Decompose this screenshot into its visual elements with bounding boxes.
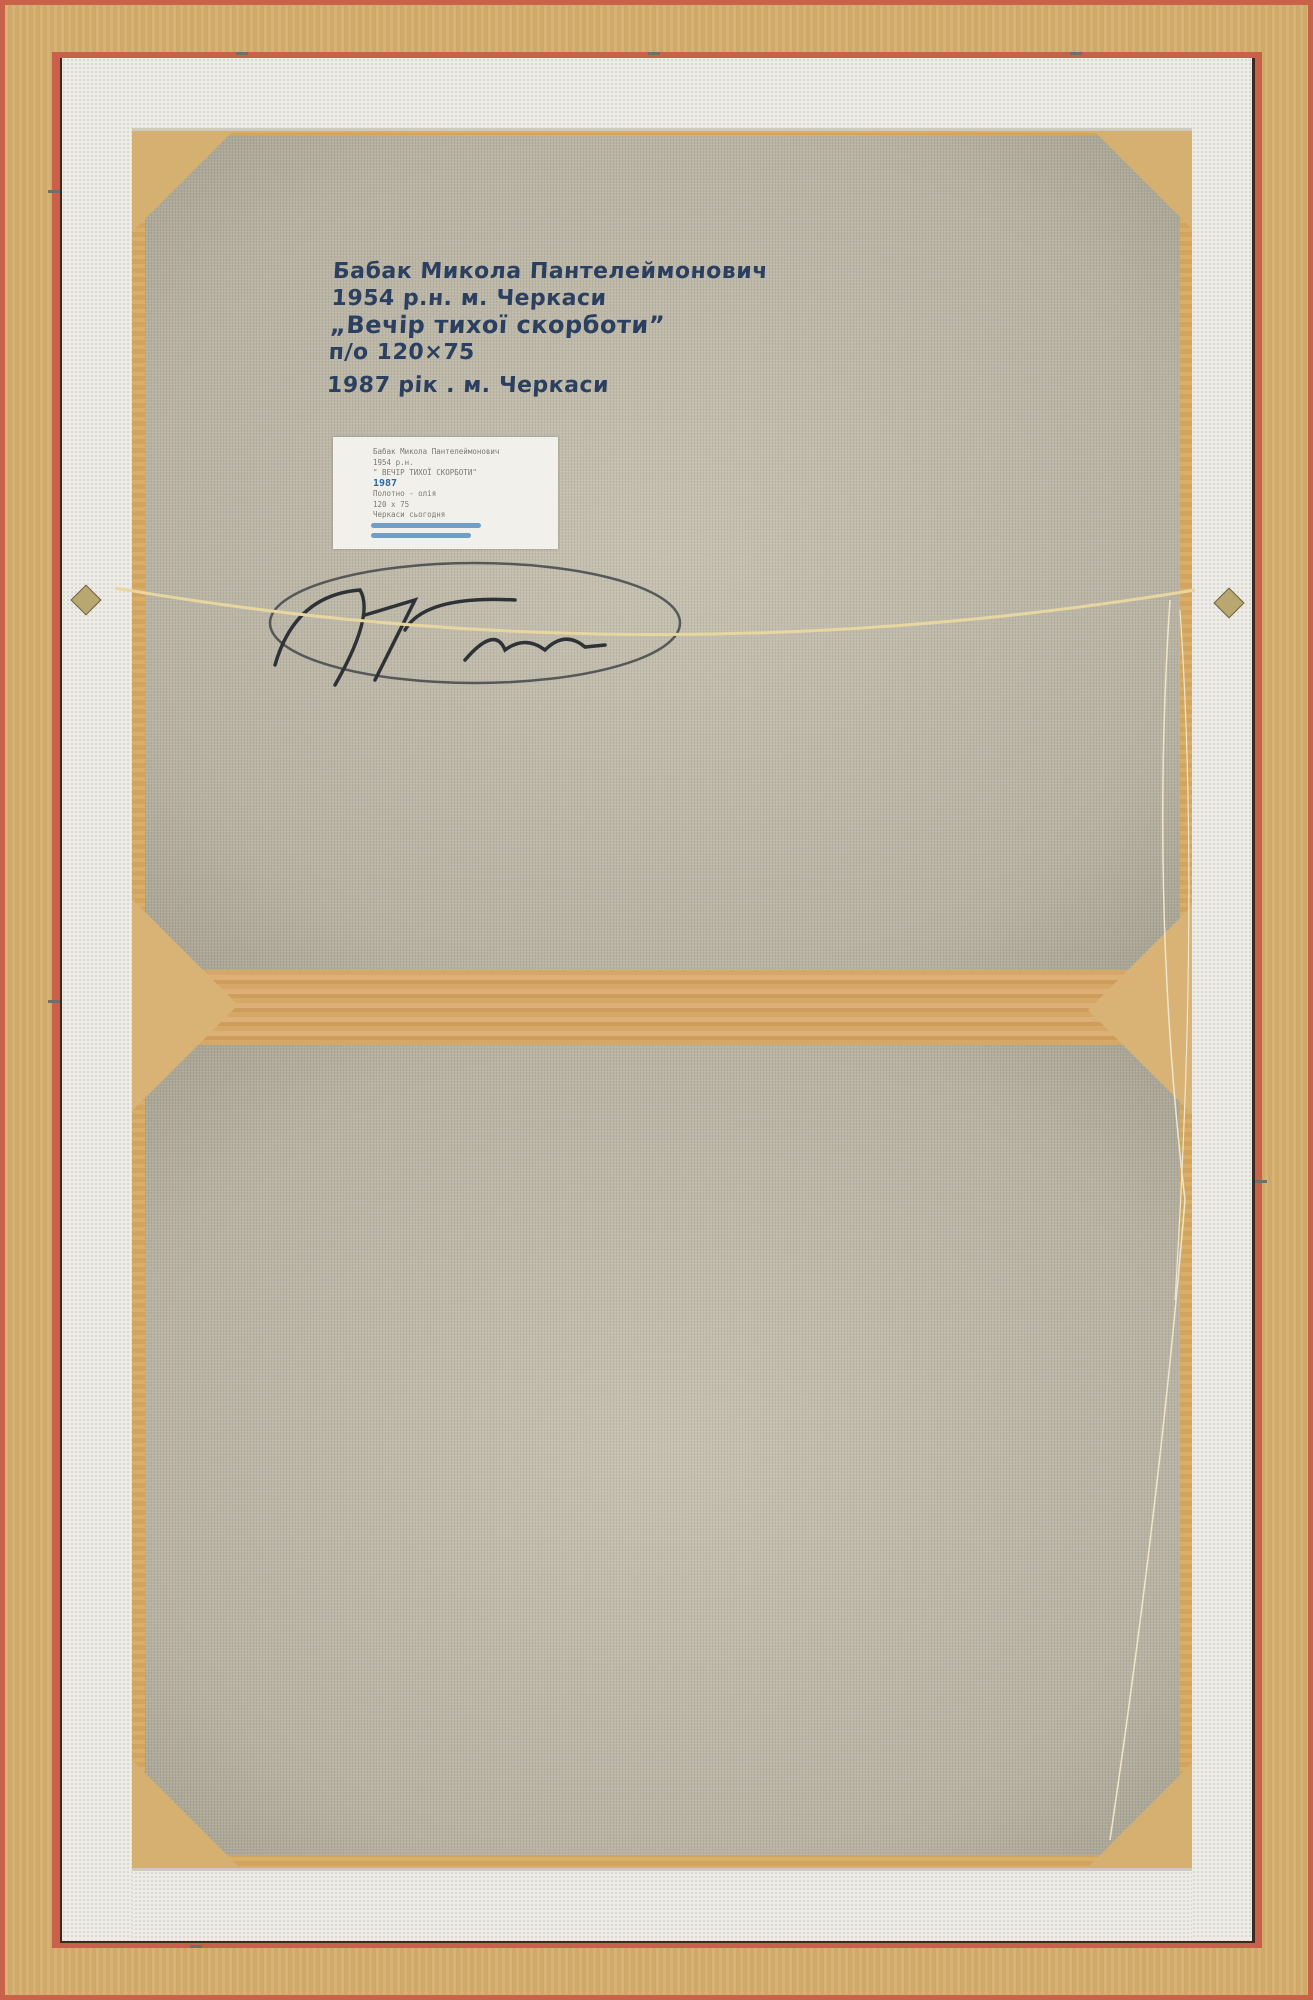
crossbar-brace-left [128, 895, 238, 1115]
staple [648, 52, 660, 55]
label-ink-stroke [371, 533, 471, 538]
linen-panel-lower [145, 1045, 1180, 1855]
corner-key-bottom-right [1085, 1760, 1195, 1870]
label-size: 120 х 75 [373, 500, 558, 511]
label-year-stamp: 1987 [373, 479, 558, 490]
label-birth: 1954 р.н. [373, 458, 558, 469]
inscription-year: 1987 рік . м. Черкаси [326, 372, 762, 399]
canvas-wrap-left [62, 58, 132, 1938]
staple [48, 1000, 60, 1003]
label-city: Черкаси сьогодня [373, 510, 558, 521]
inscription-size: п/о 120×75 [328, 339, 764, 366]
label-ink-stroke [371, 523, 481, 528]
corner-key-top-right [1085, 122, 1195, 232]
staple [236, 52, 248, 55]
inscription-birth: 1954 р.н. м. Черкаси [331, 285, 767, 312]
crossbar-brace-right [1088, 905, 1193, 1115]
typed-label: Бабак Микола Пантелеймонович 1954 р.н. "… [333, 437, 558, 549]
artist-signature [255, 555, 695, 700]
label-medium: Полотно - олія [373, 489, 558, 500]
staple [1070, 52, 1082, 55]
label-artist: Бабак Микола Пантелеймонович [373, 447, 558, 458]
inscription-title: „Вечір тихої скорботи” [329, 312, 765, 339]
canvas-wrap-bottom [62, 1868, 1252, 1941]
corner-key-bottom-left [132, 1760, 242, 1870]
canvas-wrap-right [1192, 58, 1252, 1938]
inscription-artist: Бабак Микола Пантелеймонович [332, 258, 768, 285]
staple [190, 1945, 202, 1948]
corner-key-top-left [132, 122, 242, 232]
stretcher-crossbar [130, 970, 1195, 1045]
staple [1255, 1180, 1267, 1183]
canvas-wrap-top [62, 58, 1252, 131]
label-title: " ВЕЧІР ТИХОЇ СКОРБОТИ" [373, 468, 558, 479]
staple [48, 190, 60, 193]
handwritten-inscription: Бабак Микола Пантелеймонович 1954 р.н. м… [326, 258, 768, 399]
